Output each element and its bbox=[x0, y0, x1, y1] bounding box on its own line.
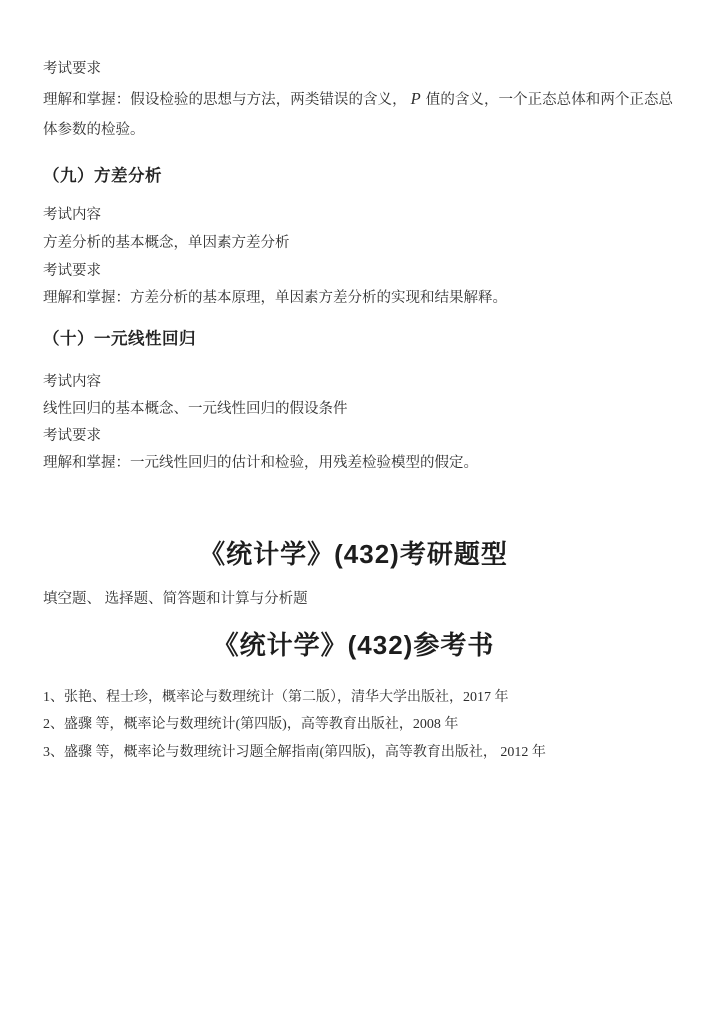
section-9-content: 方差分析的基本概念，单因素方差分析 bbox=[43, 233, 290, 253]
exam-requirements-label: 考试要求 bbox=[43, 59, 101, 79]
reference-books-title: 《统计学》(432)参考书 bbox=[0, 629, 707, 661]
hypothesis-testing-requirements-paragraph: 理解和掌握：假设检验的思想与方法，两类错误的含义，P值的含义，一个正态总体和两个… bbox=[43, 84, 673, 145]
section-9-requirements-label: 考试要求 bbox=[43, 261, 101, 281]
question-types-list: 填空题、 选择题、简答题和计算与分析题 bbox=[43, 589, 308, 609]
section-10-content-label: 考试内容 bbox=[43, 372, 101, 392]
section-10-heading: （十）一元线性回归 bbox=[43, 328, 196, 350]
reference-item-3: 3、盛骤 等，概率论与数理统计习题全解指南(第四版)，高等教育出版社， 2012… bbox=[43, 743, 546, 763]
document-page: 考试要求 理解和掌握：假设检验的思想与方法，两类错误的含义，P值的含义，一个正态… bbox=[0, 0, 707, 1024]
section-10-requirements: 理解和掌握：一元线性回归的估计和检验，用残差检验模型的假定。 bbox=[43, 453, 478, 473]
requirement-text-before-p: 理解和掌握：假设检验的思想与方法，两类错误的含义， bbox=[43, 92, 407, 108]
section-9-content-label: 考试内容 bbox=[43, 205, 101, 225]
section-10-content: 线性回归的基本概念、一元线性回归的假设条件 bbox=[43, 399, 348, 419]
section-9-heading: （九）方差分析 bbox=[43, 165, 162, 187]
section-10-requirements-label: 考试要求 bbox=[43, 426, 101, 446]
reference-item-2: 2、盛骤 等，概率论与数理统计(第四版)，高等教育出版社，2008 年 bbox=[43, 715, 458, 735]
question-types-title: 《统计学》(432)考研题型 bbox=[0, 538, 707, 570]
reference-item-1: 1、张艳、程士珍，概率论与数理统计（第二版），清华大学出版社，2017 年 bbox=[43, 688, 509, 708]
p-value-symbol: P bbox=[411, 89, 421, 108]
section-9-requirements: 理解和掌握：方差分析的基本原理，单因素方差分析的实现和结果解释。 bbox=[43, 288, 507, 308]
